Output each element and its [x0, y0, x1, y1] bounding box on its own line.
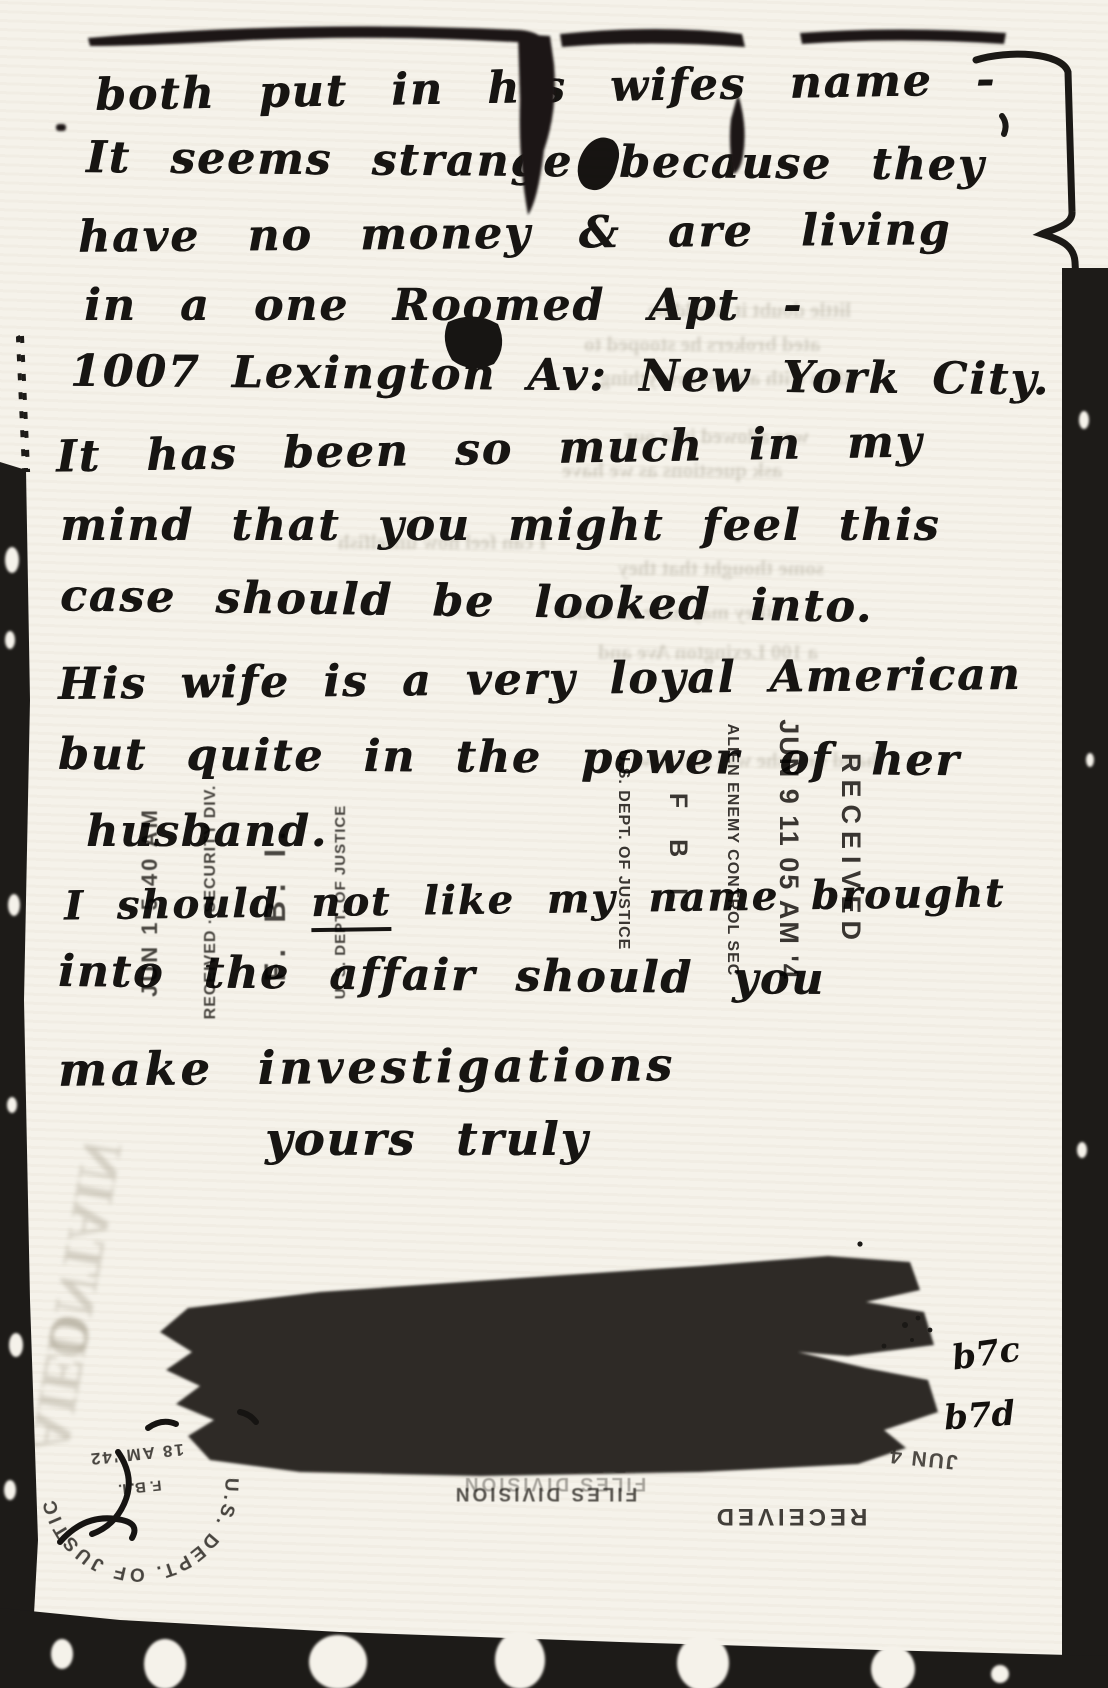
- stamp-date-text: 18 AM '42: [88, 1440, 185, 1469]
- handwriting-line-11: husband.: [86, 806, 328, 857]
- underlined-word-not: not: [311, 878, 392, 932]
- handwriting-text: because they: [619, 137, 985, 191]
- handwriting-line-13: into the affair should you: [58, 946, 826, 1005]
- handwriting-line-7: mind that you might feel this: [60, 500, 940, 551]
- handwriting-line-2: It seems strangebecause they: [86, 132, 986, 191]
- handwriting-text: It seems strange: [86, 132, 574, 187]
- handwriting-text: like my name brought: [391, 869, 1006, 925]
- stamp-round-doj: U.S. DEPT. OF JUSTICE F. B. I. 18 AM '42: [10, 1370, 285, 1645]
- handwriting-line-3: have no money & are living: [78, 204, 952, 263]
- foia-code-b7c: b7c: [950, 1329, 1023, 1378]
- stamp-jun4-fragment: JUN 4: [877, 1441, 969, 1474]
- foia-code-b7d: b7d: [943, 1394, 1017, 1439]
- handwriting-line-1: both put in his wifes name -: [95, 54, 997, 121]
- ink-specks: [857, 1241, 932, 1348]
- handwriting-text: I should: [64, 879, 312, 929]
- ink-blot: [573, 133, 623, 195]
- stamp-files-division: FILES DIVISION RECEIVED: [395, 1452, 695, 1504]
- stamp-center-text: F. B. I.: [117, 1476, 162, 1497]
- stamp-line: FILES DIVISION: [395, 1482, 695, 1504]
- closing-yours-truly: yours truly: [265, 1112, 589, 1166]
- handwriting-line-5: 1007 Lexington Av: New York City.: [70, 346, 1051, 406]
- handwriting-line-14: make investigations: [58, 1037, 676, 1096]
- stamp-received-upside-down: RECEIVED: [695, 1502, 885, 1530]
- stamp-arc-text: U.S. DEPT. OF JUSTICE: [38, 1471, 284, 1644]
- svg-text:U.S. DEPT. OF JUSTICE: U.S. DEPT. OF JUSTICE: [38, 1471, 284, 1644]
- handwriting-line-9: His wife is a very loyal American: [58, 649, 1022, 710]
- handwriting-line-4: in a one Roomed Apt -: [84, 280, 803, 331]
- bleedthrough-text: some thought that they: [618, 556, 824, 581]
- handwriting-line-6: It has been so much in my: [56, 416, 924, 482]
- handwriting-line-10: but quite in the power of her: [58, 729, 961, 786]
- handwriting-line-8: case should be looked into.: [60, 570, 874, 632]
- stamp-line: RECEIVED: [395, 1452, 695, 1476]
- scanned-letter-page: little doubt it would be ated brokers he…: [0, 0, 1108, 1688]
